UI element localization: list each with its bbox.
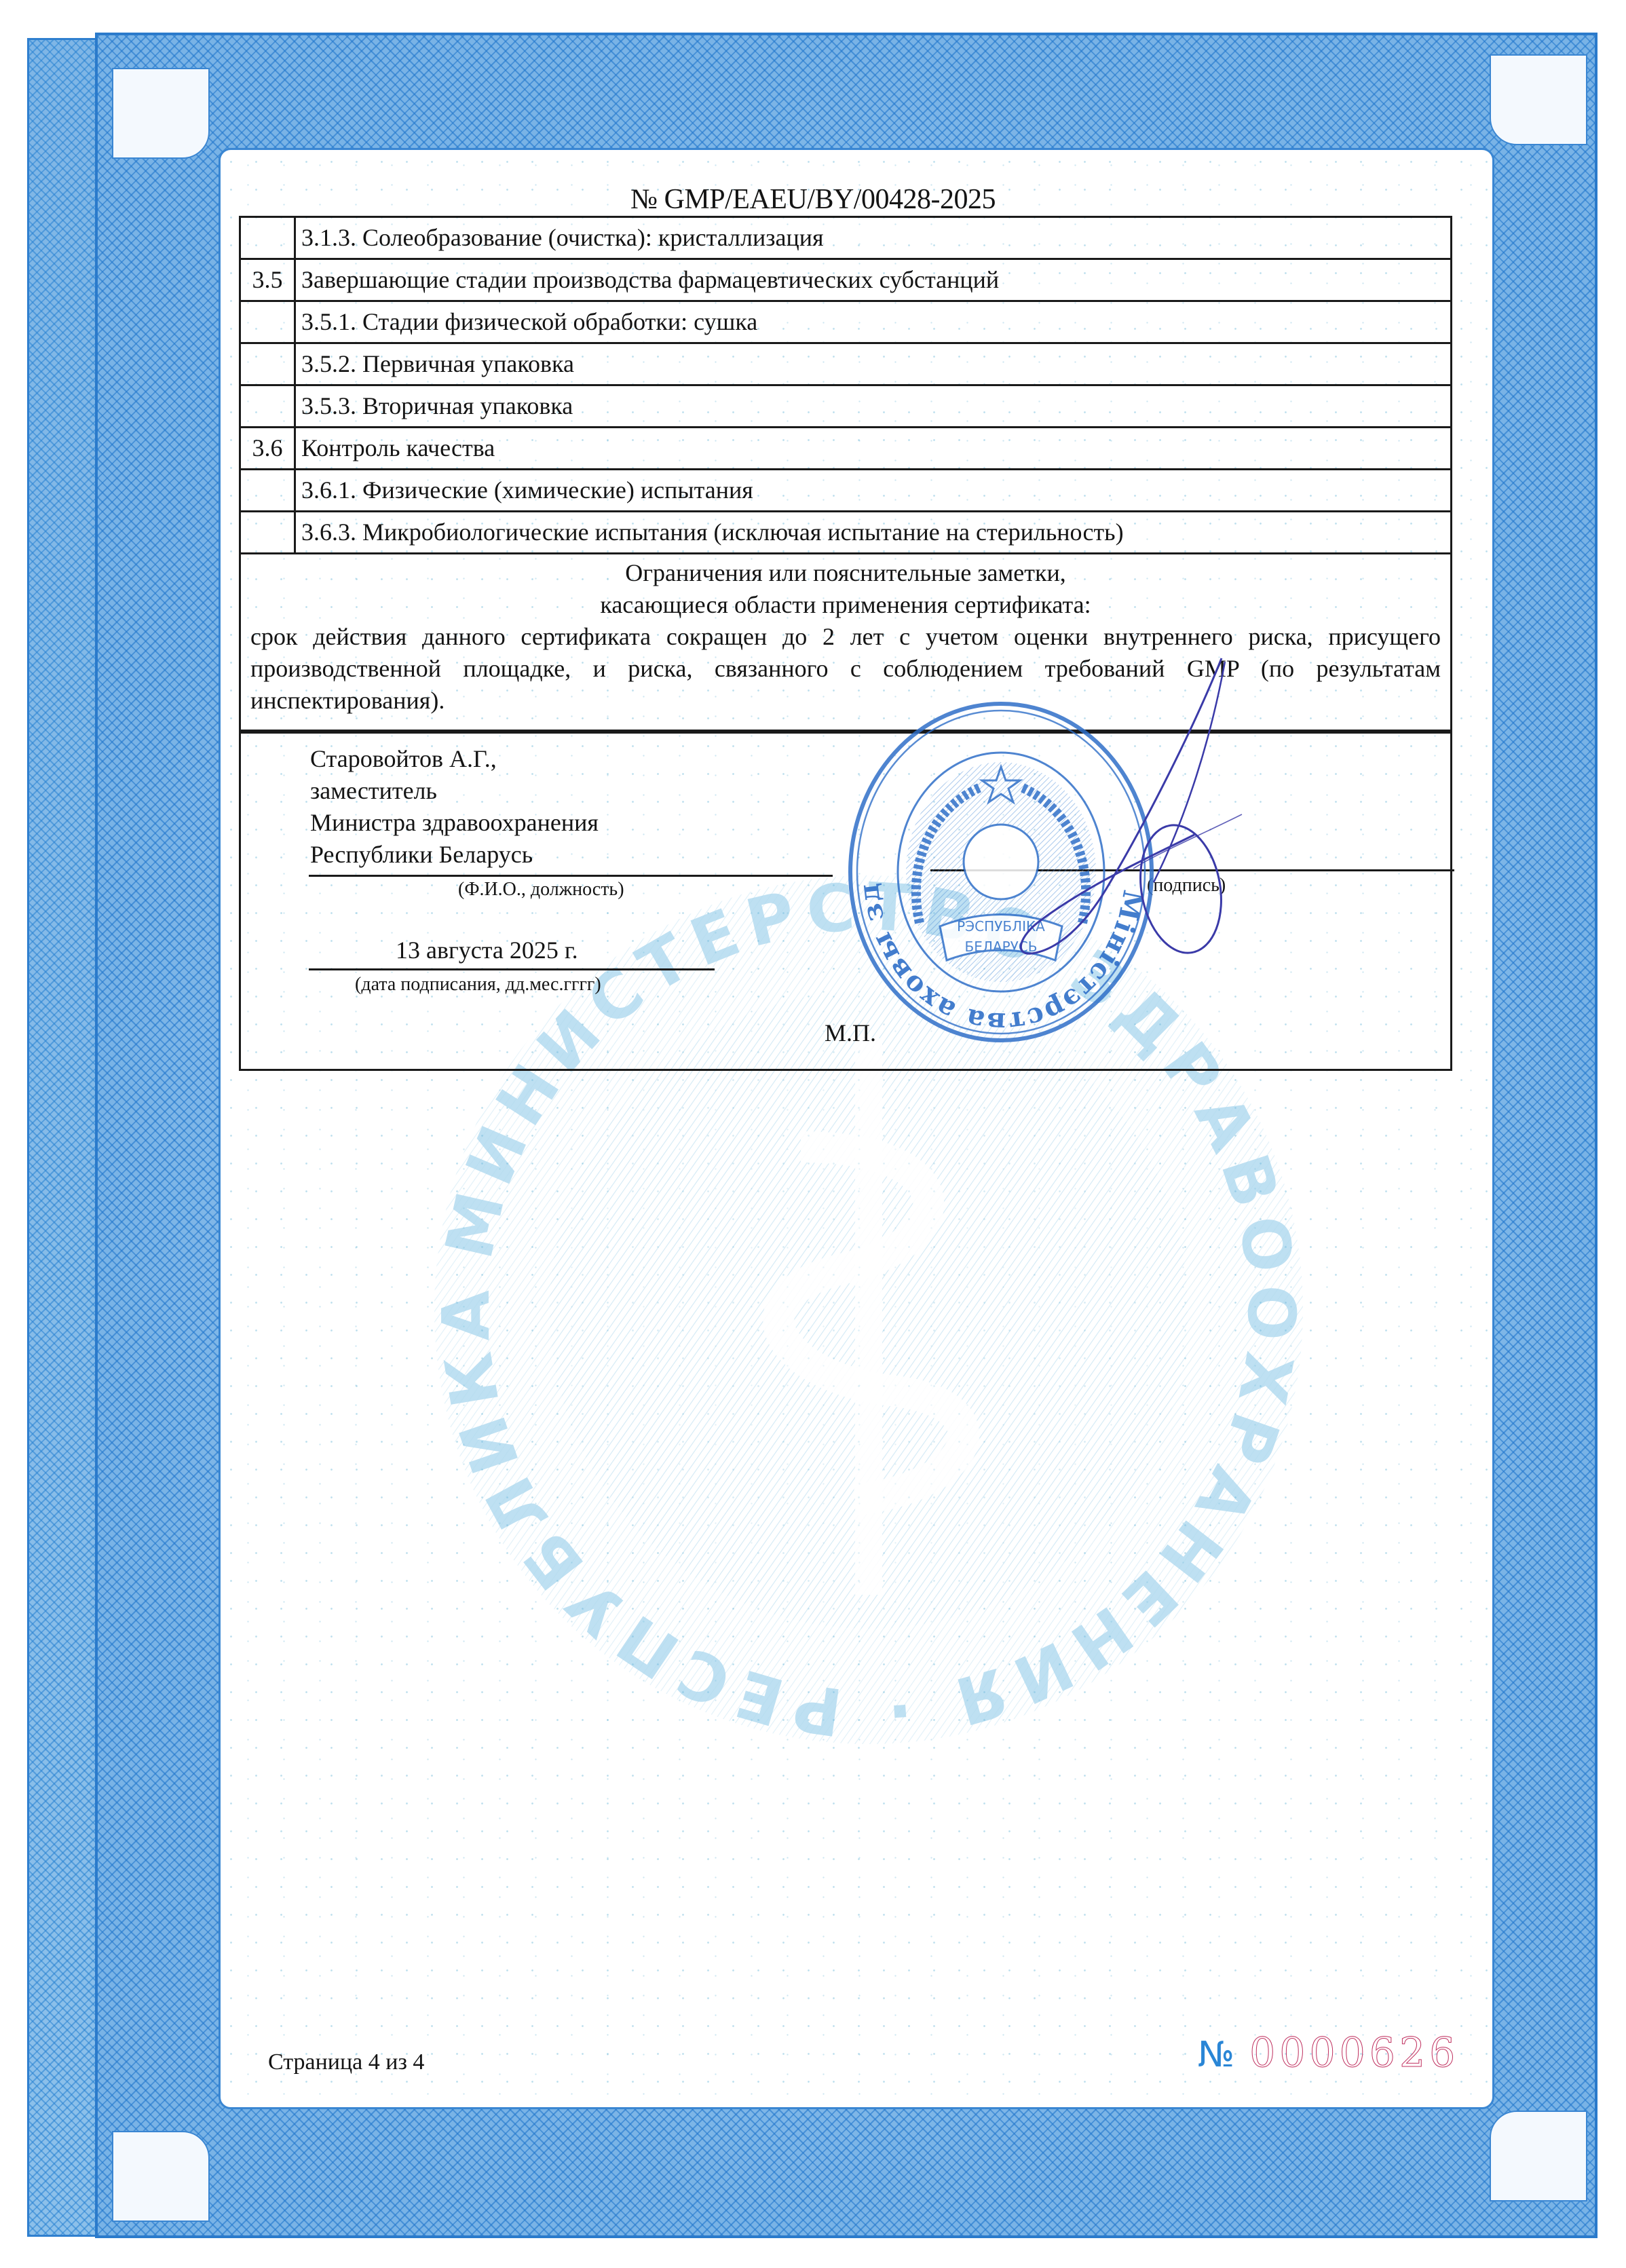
scope-item-number: 3.5 [240, 259, 295, 301]
signature-caption: (подпись) [1147, 875, 1226, 896]
scope-table-row: 3.6Контроль качества [240, 428, 1452, 470]
scope-table-row: 3.6.3. Микробиологические испытания (иск… [240, 512, 1452, 554]
signer-title-line: Республики Беларусь [310, 839, 599, 871]
scope-item-text: 3.5.1. Стадии физической обработки: сушк… [295, 301, 1452, 343]
scope-item-text: 3.6.1. Физические (химические) испытания [295, 470, 1452, 512]
page-counter: Страница 4 из 4 [268, 2049, 424, 2075]
scope-item-number [240, 343, 295, 385]
seal-place-label: М.П. [825, 1019, 876, 1047]
scope-item-text: 3.1.3. Солеобразование (очистка): криста… [295, 217, 1452, 259]
frame-corner-ornament [1490, 54, 1587, 145]
signer-title-line: заместитель [310, 775, 599, 807]
scope-item-number: 3.6 [240, 428, 295, 470]
scope-table: 3.1.3. Солеобразование (очистка): криста… [239, 216, 1452, 554]
scope-item-number [240, 217, 295, 259]
certificate-number: № GMP/EAEU/BY/00428-2025 [0, 183, 1626, 216]
scope-table-row: 3.5Завершающие стадии производства фарма… [240, 259, 1452, 301]
notes-body: срок действия данного сертификата сокращ… [250, 621, 1441, 717]
scope-item-text: 3.5.3. Вторичная упаковка [295, 385, 1452, 428]
number-sign: № [1198, 2035, 1234, 2075]
blank-serial-number: №0000626 [1198, 2029, 1459, 2077]
date-underline [309, 968, 715, 970]
signature-underline [930, 869, 1454, 871]
scope-item-text: 3.5.2. Первичная упаковка [295, 343, 1452, 385]
scope-item-number [240, 385, 295, 428]
scope-item-text: Контроль качества [295, 428, 1452, 470]
scope-table-row: 3.5.2. Первичная упаковка [240, 343, 1452, 385]
date-caption: (дата подписания, дд.мес.гггг) [355, 974, 601, 996]
frame-corner-ornament [112, 2131, 210, 2222]
scope-table-row: 3.6.1. Физические (химические) испытания [240, 470, 1452, 512]
signer-info: Старовойтов А.Г., заместитель Министра з… [310, 743, 599, 871]
scope-table-row: 3.5.1. Стадии физической обработки: сушк… [240, 301, 1452, 343]
scope-item-number [240, 470, 295, 512]
frame-corner-ornament [112, 68, 210, 159]
notes-heading-line-2: касающиеся области применения сертификат… [250, 589, 1441, 621]
scope-item-text: Завершающие стадии производства фармацев… [295, 259, 1452, 301]
signature-block: Старовойтов А.Г., заместитель Министра з… [239, 732, 1452, 1071]
scope-table-row: 3.1.3. Солеобразование (очистка): криста… [240, 217, 1452, 259]
signer-name: Старовойтов А.Г., [310, 743, 599, 775]
signer-title-line: Министра здравоохранения [310, 807, 599, 839]
fio-caption: (Ф.И.О., должность) [458, 879, 624, 901]
scope-item-number [240, 512, 295, 554]
signing-date: 13 августа 2025 г. [396, 936, 578, 964]
notes-heading-line-1: Ограничения или пояснительные заметки, [250, 557, 1441, 589]
restrictions-notes: Ограничения или пояснительные заметки, к… [239, 553, 1452, 732]
scope-item-number [240, 301, 295, 343]
scope-table-row: 3.5.3. Вторичная упаковка [240, 385, 1452, 428]
serial-digits: 0000626 [1249, 2029, 1459, 2077]
scope-item-text: 3.6.3. Микробиологические испытания (иск… [295, 512, 1452, 554]
fio-underline [309, 875, 833, 877]
frame-corner-ornament [1490, 2111, 1587, 2201]
